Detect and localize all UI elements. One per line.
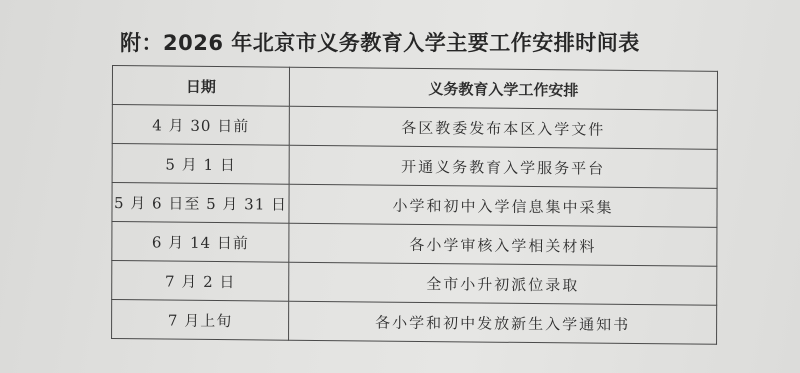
table-header-row: 日期 义务教育入学工作安排	[112, 66, 717, 111]
document-title: 附：2026 年北京市义务教育入学主要工作安排时间表	[120, 27, 640, 57]
row-task: 各区教委发布本区入学文件	[289, 106, 717, 149]
header-task: 义务教育入学工作安排	[289, 67, 717, 110]
table-row: 6 月 14 日前 各小学审核入学相关材料	[112, 222, 717, 267]
row-date: 5 月 6 日至 5 月 31 日	[112, 183, 289, 224]
table-row: 5 月 6 日至 5 月 31 日 小学和初中入学信息集中采集	[112, 183, 717, 228]
header-date: 日期	[112, 66, 289, 107]
table-row: 5 月 1 日 开通义务教育入学服务平台	[112, 144, 717, 189]
row-date: 4 月 30 日前	[112, 105, 289, 146]
table-row: 7 月上旬 各小学和初中发放新生入学通知书	[112, 299, 717, 344]
table-row: 4 月 30 日前 各区教委发布本区入学文件	[112, 105, 717, 150]
row-date: 7 月上旬	[112, 299, 289, 340]
table-row: 7 月 2 日 全市小升初派位录取	[112, 260, 717, 305]
row-task: 各小学和初中发放新生入学通知书	[289, 301, 717, 344]
row-task: 小学和初中入学信息集中采集	[289, 184, 717, 227]
row-date: 5 月 1 日	[112, 144, 289, 185]
document-page: 附：2026 年北京市义务教育入学主要工作安排时间表 日期 义务教育入学工作安排…	[0, 0, 800, 373]
row-task: 各小学审核入学相关材料	[289, 223, 717, 266]
schedule-table: 日期 义务教育入学工作安排 4 月 30 日前 各区教委发布本区入学文件 5 月…	[111, 65, 718, 345]
row-date: 7 月 2 日	[112, 260, 289, 301]
row-task: 开通义务教育入学服务平台	[289, 145, 717, 188]
row-task: 全市小升初派位录取	[289, 262, 717, 305]
row-date: 6 月 14 日前	[112, 222, 289, 263]
